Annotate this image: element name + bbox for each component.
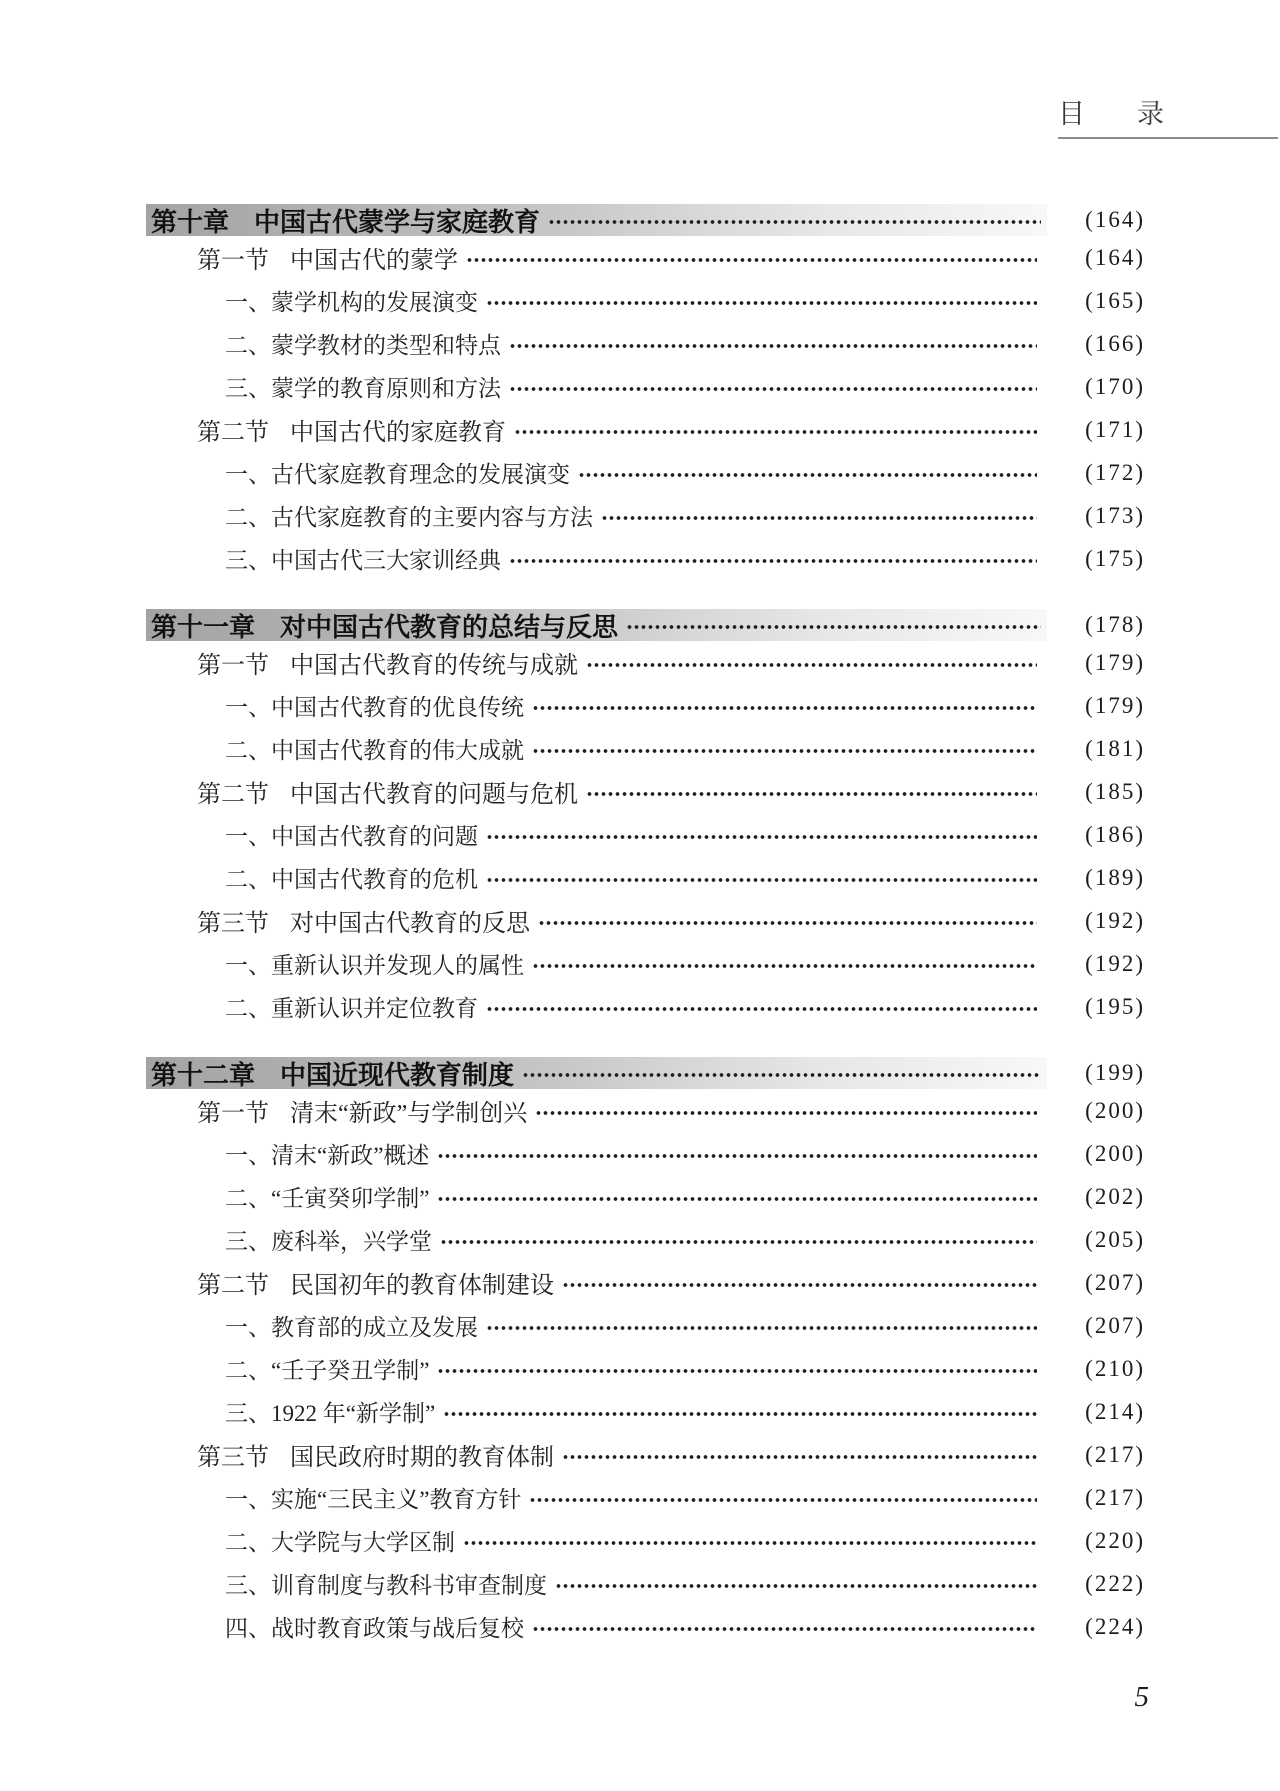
toc-section-row: 第二节民国初年的教育体制建设(207): [146, 1261, 1145, 1304]
toc-chapter-row: 第十章中国古代蒙学与家庭教育(164): [146, 204, 1145, 236]
entry-label: 第一节: [197, 645, 269, 680]
page-number: (200): [1047, 1141, 1145, 1167]
toc-subsection-row: 二、“壬寅癸卯学制”(202): [146, 1175, 1145, 1218]
page-number: (217): [1047, 1442, 1145, 1468]
entry-label: 二、: [225, 1352, 271, 1385]
entry-title: 民国初年的教育体制建设: [290, 1265, 554, 1300]
toc-subsection-row: 三、中国古代三大家训经典(175): [146, 537, 1145, 580]
page-number: (172): [1047, 460, 1145, 486]
chapter-label: 第十章: [151, 202, 229, 239]
dot-leader: [532, 703, 1037, 713]
page-number: (207): [1047, 1270, 1145, 1296]
dot-leader: [626, 622, 1041, 632]
toc-subsection-row: 一、重新认识并发现人的属性(192): [146, 942, 1145, 985]
entry-title: 古代家庭教育理念的发展演变: [271, 456, 570, 489]
page-header: 目 录: [1058, 101, 1278, 139]
dot-leader: [440, 1237, 1037, 1247]
chapter-title: 中国近现代教育制度: [280, 1055, 514, 1092]
entry-title: 蒙学的教育原则和方法: [271, 370, 501, 403]
entry-label: 一、: [225, 947, 271, 980]
toc-subsection-row: 三、蒙学的教育原则和方法(170): [146, 365, 1145, 408]
entry-label: 二、: [225, 990, 271, 1023]
entry-title: 大学院与大学区制: [271, 1524, 455, 1557]
entry-title: 1922 年“新学制”: [271, 1395, 435, 1428]
toc-page: 目 录 第十章中国古代蒙学与家庭教育(164)第一节中国古代的蒙学(164)一、…: [0, 0, 1280, 1791]
toc-section-row: 第一节中国古代的蒙学(164): [146, 236, 1145, 279]
page-number: (214): [1047, 1399, 1145, 1425]
chapter-band: 第十章中国古代蒙学与家庭教育: [146, 204, 1047, 236]
dot-leader: [463, 1538, 1037, 1548]
dot-leader: [509, 384, 1037, 394]
entry-label: 二、: [225, 499, 271, 532]
toc-subsection-row: 一、教育部的成立及发展(207): [146, 1304, 1145, 1347]
chapter-label: 第十一章: [151, 607, 255, 644]
dot-leader: [486, 1323, 1037, 1333]
dot-leader: [535, 1108, 1037, 1118]
entry-label: 一、: [225, 284, 271, 317]
dot-leader: [532, 1624, 1037, 1634]
entry-label: 一、: [225, 456, 271, 489]
entry-title: 中国古代三大家训经典: [271, 542, 501, 575]
entry-label: 第三节: [197, 1437, 269, 1472]
dot-leader: [555, 1581, 1037, 1591]
entry-title: 中国古代教育的伟大成就: [271, 732, 524, 765]
entry-title: 战时教育政策与战后复校: [271, 1610, 524, 1643]
dot-leader: [578, 470, 1037, 480]
entry-title: 蒙学机构的发展演变: [271, 284, 478, 317]
dot-leader: [538, 918, 1037, 928]
dot-leader: [586, 789, 1037, 799]
dot-leader: [522, 1070, 1041, 1080]
toc-subsection-row: 二、重新认识并定位教育(195): [146, 985, 1145, 1028]
entry-label: 二、: [225, 861, 271, 894]
page-number: (171): [1047, 417, 1145, 443]
entry-title: 废科举，兴学堂: [271, 1223, 432, 1256]
toc-subsection-row: 二、大学院与大学区制(220): [146, 1519, 1145, 1562]
toc-subsection-row: 一、中国古代教育的问题(186): [146, 813, 1145, 856]
page-number: (178): [1047, 612, 1145, 638]
toc-subsection-row: 一、古代家庭教育理念的发展演变(172): [146, 451, 1145, 494]
toc-subsection-row: 一、实施“三民主义”教育方针(217): [146, 1476, 1145, 1519]
entry-title: 对中国古代教育的反思: [290, 903, 530, 938]
page-number: (165): [1047, 288, 1145, 314]
toc-chapter-row: 第十一章对中国古代教育的总结与反思(178): [146, 609, 1145, 641]
entry-title: 古代家庭教育的主要内容与方法: [271, 499, 593, 532]
dot-leader: [509, 556, 1037, 566]
toc-subsection-row: 二、蒙学教材的类型和特点(166): [146, 322, 1145, 365]
entry-title: 国民政府时期的教育体制: [290, 1437, 554, 1472]
page-number: (222): [1047, 1571, 1145, 1597]
entry-label: 四、: [225, 1610, 271, 1643]
dot-leader: [601, 513, 1037, 523]
dot-leader: [437, 1194, 1037, 1204]
entry-title: 中国古代教育的问题: [271, 818, 478, 851]
entry-title: 中国古代教育的问题与危机: [290, 774, 578, 809]
dot-leader: [514, 427, 1037, 437]
dot-leader: [486, 1004, 1037, 1014]
entry-label: 第二节: [197, 412, 269, 447]
page-number: (195): [1047, 994, 1145, 1020]
toc-section-row: 第一节中国古代教育的传统与成就(179): [146, 641, 1145, 684]
page-number: (166): [1047, 331, 1145, 357]
page-number: (185): [1047, 779, 1145, 805]
toc-subsection-row: 一、中国古代教育的优良传统(179): [146, 684, 1145, 727]
toc-subsection-row: 二、“壬子癸丑学制”(210): [146, 1347, 1145, 1390]
entry-label: 二、: [225, 732, 271, 765]
page-number: (175): [1047, 546, 1145, 572]
toc-subsection-row: 三、废科举，兴学堂(205): [146, 1218, 1145, 1261]
dot-leader: [532, 746, 1037, 756]
chapter-band: 第十一章对中国古代教育的总结与反思: [146, 609, 1047, 641]
entry-label: 第三节: [197, 903, 269, 938]
toc-subsection-row: 二、中国古代教育的危机(189): [146, 856, 1145, 899]
header-rule: [1058, 137, 1278, 139]
entry-title: 中国古代的蒙学: [290, 240, 458, 275]
dot-leader: [562, 1280, 1037, 1290]
page-title: 目 录: [1058, 101, 1278, 128]
toc-subsection-row: 三、训育制度与教科书审查制度(222): [146, 1562, 1145, 1605]
folio-page-number: 5: [1049, 1681, 1149, 1714]
entry-title: 中国古代的家庭教育: [290, 412, 506, 447]
entry-title: 蒙学教材的类型和特点: [271, 327, 501, 360]
dot-leader: [548, 217, 1041, 227]
toc-section-row: 第三节国民政府时期的教育体制(217): [146, 1433, 1145, 1476]
toc-chapter-row: 第十二章中国近现代教育制度(199): [146, 1057, 1145, 1089]
page-number: (189): [1047, 865, 1145, 891]
entry-label: 三、: [225, 370, 271, 403]
entry-title: 中国古代教育的危机: [271, 861, 478, 894]
chapter-band: 第十二章中国近现代教育制度: [146, 1057, 1047, 1089]
dot-leader: [586, 660, 1037, 670]
entry-label: 二、: [225, 1180, 271, 1213]
entry-label: 一、: [225, 689, 271, 722]
toc-subsection-row: 一、清末“新政”概述(200): [146, 1132, 1145, 1175]
page-number: (220): [1047, 1528, 1145, 1554]
page-title-char: 目: [1058, 101, 1085, 128]
page-number: (170): [1047, 374, 1145, 400]
entry-label: 三、: [225, 1567, 271, 1600]
entry-title: 中国古代教育的传统与成就: [290, 645, 578, 680]
entry-label: 第二节: [197, 1265, 269, 1300]
page-number: (199): [1047, 1060, 1145, 1086]
toc-subsection-row: 一、蒙学机构的发展演变(165): [146, 279, 1145, 322]
toc-section-row: 第二节中国古代的家庭教育(171): [146, 408, 1145, 451]
chapter-title: 中国古代蒙学与家庭教育: [254, 202, 540, 239]
toc-subsection-row: 二、古代家庭教育的主要内容与方法(173): [146, 494, 1145, 537]
dot-leader: [466, 255, 1037, 265]
page-number: (217): [1047, 1485, 1145, 1511]
chapter-label: 第十二章: [151, 1055, 255, 1092]
entry-title: 中国古代教育的优良传统: [271, 689, 524, 722]
entry-title: 重新认识并发现人的属性: [271, 947, 524, 980]
dot-leader: [532, 961, 1037, 971]
page-number: (200): [1047, 1098, 1145, 1124]
entry-title: “壬寅癸卯学制”: [271, 1180, 429, 1213]
entry-title: 清末“新政”概述: [271, 1137, 429, 1170]
entry-label: 第一节: [197, 240, 269, 275]
page-number: (164): [1047, 245, 1145, 271]
page-number: (202): [1047, 1184, 1145, 1210]
dot-leader: [437, 1366, 1037, 1376]
entry-label: 第一节: [197, 1093, 269, 1128]
entry-title: 实施“三民主义”教育方针: [271, 1481, 521, 1514]
toc-section-row: 第一节清末“新政”与学制创兴(200): [146, 1089, 1145, 1132]
entry-label: 二、: [225, 1524, 271, 1557]
entry-label: 三、: [225, 1223, 271, 1256]
dot-leader: [437, 1151, 1037, 1161]
entry-label: 第二节: [197, 774, 269, 809]
entry-label: 一、: [225, 1309, 271, 1342]
page-title-char: 录: [1137, 101, 1164, 128]
page-number: (179): [1047, 693, 1145, 719]
entry-label: 一、: [225, 1481, 271, 1514]
page-number: (205): [1047, 1227, 1145, 1253]
entry-title: “壬子癸丑学制”: [271, 1352, 429, 1385]
chapter-title: 对中国古代教育的总结与反思: [280, 607, 618, 644]
toc-subsection-row: 四、战时教育政策与战后复校(224): [146, 1605, 1145, 1648]
dot-leader: [509, 341, 1037, 351]
page-number: (192): [1047, 908, 1145, 934]
dot-leader: [486, 832, 1037, 842]
page-number: (173): [1047, 503, 1145, 529]
dot-leader: [529, 1495, 1037, 1505]
toc-section-row: 第三节对中国古代教育的反思(192): [146, 899, 1145, 942]
page-number: (181): [1047, 736, 1145, 762]
entry-label: 一、: [225, 1137, 271, 1170]
toc-section-row: 第二节中国古代教育的问题与危机(185): [146, 770, 1145, 813]
dot-leader: [486, 875, 1037, 885]
entry-title: 重新认识并定位教育: [271, 990, 478, 1023]
entry-title: 清末“新政”与学制创兴: [290, 1093, 527, 1128]
page-number: (186): [1047, 822, 1145, 848]
dot-leader: [562, 1452, 1037, 1462]
page-number: (210): [1047, 1356, 1145, 1382]
toc-subsection-row: 三、1922 年“新学制”(214): [146, 1390, 1145, 1433]
entry-label: 一、: [225, 818, 271, 851]
dot-leader: [443, 1409, 1037, 1419]
toc-list: 第十章中国古代蒙学与家庭教育(164)第一节中国古代的蒙学(164)一、蒙学机构…: [146, 204, 1145, 1648]
page-number: (179): [1047, 650, 1145, 676]
entry-title: 训育制度与教科书审查制度: [271, 1567, 547, 1600]
entry-label: 三、: [225, 542, 271, 575]
page-number: (207): [1047, 1313, 1145, 1339]
toc-subsection-row: 二、中国古代教育的伟大成就(181): [146, 727, 1145, 770]
dot-leader: [486, 298, 1037, 308]
entry-title: 教育部的成立及发展: [271, 1309, 478, 1342]
page-number: (224): [1047, 1614, 1145, 1640]
entry-label: 二、: [225, 327, 271, 360]
entry-label: 三、: [225, 1395, 271, 1428]
page-number: (192): [1047, 951, 1145, 977]
page-number: (164): [1047, 207, 1145, 233]
